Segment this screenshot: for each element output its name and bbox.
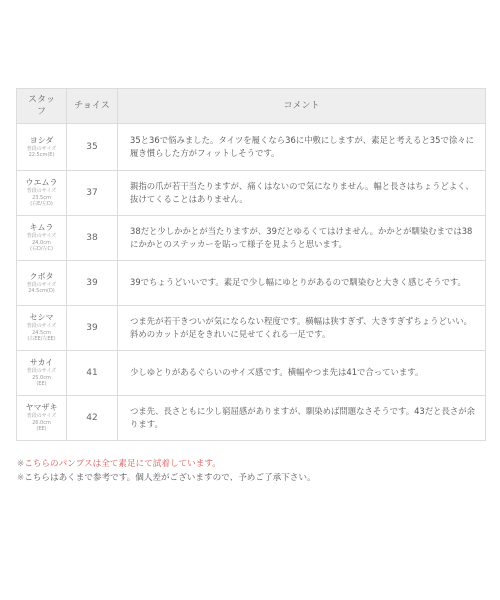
staff-cell: ヤマザキ 普段のサイズ 26.0cm (EE) [17, 396, 67, 441]
comment-text: 35と36で悩みました。タイツを履くなら36に中敷にしますが、素足と考えると35… [118, 124, 486, 171]
table-row: ヨシダ 普段のサイズ 22.5cm(E) 35 35と36で悩みました。タイツを… [17, 124, 486, 171]
comment-text: 親指の爪が若干当たりますが、痛くはないので気になりません。幅と長さはちょうどよく… [118, 171, 486, 216]
staff-name: クボタ [17, 272, 66, 282]
choice-size: 42 [67, 396, 118, 441]
note-barefoot-text: こちらのパンプスは全て素足にて試着しています。 [24, 459, 221, 469]
staff-name: セシマ [17, 313, 66, 323]
header-staff: スタッフ [17, 89, 67, 124]
note-disclaimer-text: こちらはあくまで参考です。個人差がございますので、予めご了承下さい。 [24, 473, 315, 483]
table-header-row: スタッフ チョイス コメント [17, 89, 486, 124]
note-barefoot: ※こちらのパンプスは全て素足にて試着しています。 [17, 457, 316, 471]
table-row: クボタ 普段のサイズ 24.5cm(D) 39 39でちょうどいいです。素足で少… [17, 261, 486, 306]
header-comment: コメント [118, 89, 486, 124]
staff-cell: キムラ 普段のサイズ 24.0cm (右D/左C) [17, 216, 67, 261]
width-note: (EE) [17, 426, 66, 433]
notes-section: ※こちらのパンプスは全て素足にて試着しています。 ※こちらはあくまで参考です。個… [17, 457, 316, 485]
choice-size: 38 [67, 216, 118, 261]
width-note: (右D/左C) [17, 246, 66, 253]
comment-text: つま先、長さともに少し窮屈感がありますが、馴染めば問題なさそうです。43だと長さ… [118, 396, 486, 441]
choice-size: 35 [67, 124, 118, 171]
staff-cell: クボタ 普段のサイズ 24.5cm(D) [17, 261, 67, 306]
choice-size: 39 [67, 306, 118, 351]
usual-size: 24.5cm(D) [17, 288, 66, 295]
comment-text: 少しゆとりがあるぐらいのサイズ感です。横幅やつま先は41で合っています。 [118, 351, 486, 396]
choice-size: 39 [67, 261, 118, 306]
size-review-table: スタッフ チョイス コメント ヨシダ 普段のサイズ 22.5cm(E) 35 3… [16, 88, 486, 441]
comment-text: つま先が若干きついが気にならない程度です。横幅は狭すぎず、大きすぎずちょうどいい… [118, 306, 486, 351]
table-row: ウエムラ 普段のサイズ 23.5cm (右E/左D) 37 親指の爪が若干当たり… [17, 171, 486, 216]
staff-name: ウエムラ [17, 178, 66, 188]
width-note: (右EE/左EE) [17, 336, 66, 343]
note-disclaimer: ※こちらはあくまで参考です。個人差がございますので、予めご了承下さい。 [17, 471, 316, 485]
width-note: (右E/左D) [17, 201, 66, 208]
staff-cell: サカイ 普段のサイズ 25.0cm (EE) [17, 351, 67, 396]
table-row: セシマ 普段のサイズ 24.5cm (右EE/左EE) 39 つま先が若干きつい… [17, 306, 486, 351]
table-row: ヤマザキ 普段のサイズ 26.0cm (EE) 42 つま先、長さともに少し窮屈… [17, 396, 486, 441]
usual-size: 22.5cm(E) [17, 152, 66, 159]
choice-size: 37 [67, 171, 118, 216]
table-row: サカイ 普段のサイズ 25.0cm (EE) 41 少しゆとりがあるぐらいのサイ… [17, 351, 486, 396]
staff-name: ヨシダ [17, 136, 66, 146]
staff-cell: セシマ 普段のサイズ 24.5cm (右EE/左EE) [17, 306, 67, 351]
width-note: (EE) [17, 381, 66, 388]
staff-name: キムラ [17, 223, 66, 233]
header-choice: チョイス [67, 89, 118, 124]
staff-cell: ウエムラ 普段のサイズ 23.5cm (右E/左D) [17, 171, 67, 216]
staff-name: サカイ [17, 358, 66, 368]
comment-text: 39でちょうどいいです。素足で少し幅にゆとりがあるので馴染むと大きく感じそうです… [118, 261, 486, 306]
choice-size: 41 [67, 351, 118, 396]
comment-text: 38だと少しかかとが当たりますが、39だとゆるくてはけません。かかとが馴染むまで… [118, 216, 486, 261]
staff-cell: ヨシダ 普段のサイズ 22.5cm(E) [17, 124, 67, 171]
staff-name: ヤマザキ [17, 403, 66, 413]
table-row: キムラ 普段のサイズ 24.0cm (右D/左C) 38 38だと少しかかとが当… [17, 216, 486, 261]
